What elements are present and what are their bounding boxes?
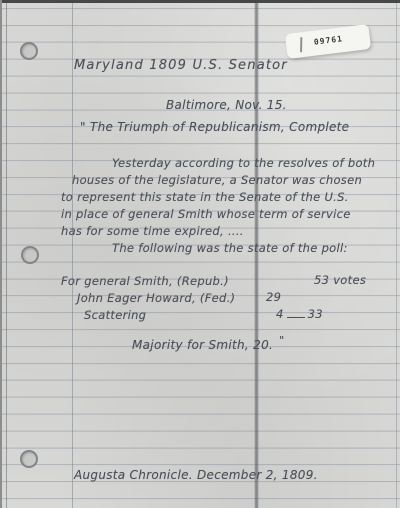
poll-row-votes: 53 votes [314, 273, 366, 287]
paragraph-line: in place of general Smith whose term of … [61, 207, 351, 221]
scan-edge-left [0, 0, 2, 508]
scattering-count: 4 [276, 307, 284, 321]
majority-line: Majority for Smith, 20." [132, 338, 285, 352]
left-margin-rule [72, 0, 73, 508]
paragraph-line: Yesterday according to the resolves of b… [112, 156, 375, 170]
page-left-edge-line [6, 0, 7, 508]
paragraph-line: houses of the legislature, a Senator was… [72, 173, 362, 187]
poll-row-label: For general Smith, (Repub.) [61, 274, 229, 288]
paragraph-line: has for some time expired, .... [61, 224, 244, 238]
citation-line: Augusta Chronicle. December 2, 1809. [74, 468, 318, 482]
dateline: Baltimore, Nov. 15. [166, 98, 287, 112]
poll-row-votes: 29 [266, 290, 281, 304]
majority-text: Majority for Smith, 20. [132, 338, 273, 352]
title-line: Maryland 1809 U.S. Senator [74, 58, 288, 73]
sticker-number: 09761 [313, 34, 343, 46]
paragraph-line: The following was the state of the poll: [112, 241, 348, 255]
paragraph-line: to represent this state in the Senate of… [61, 190, 349, 204]
right-margin-rule [396, 0, 397, 508]
scattering-total: 33 [308, 307, 323, 321]
poll-row-label: John Eager Howard, (Fed.) [77, 291, 235, 305]
poll-row-label: Scattering [84, 308, 146, 322]
punch-hole-bottom [20, 450, 38, 468]
closing-quote: " [279, 334, 284, 347]
headline: " The Triumph of Republicanism, Complete [80, 120, 349, 134]
punch-hole-top [20, 42, 38, 60]
poll-row-votes: 433 [276, 307, 323, 321]
punch-hole-middle [21, 246, 39, 264]
sum-underline [287, 308, 305, 318]
barcode-mark [300, 37, 302, 52]
scanned-document-page: 09761 Maryland 1809 U.S. Senator Baltimo… [0, 0, 400, 508]
scan-edge-top [0, 0, 400, 3]
